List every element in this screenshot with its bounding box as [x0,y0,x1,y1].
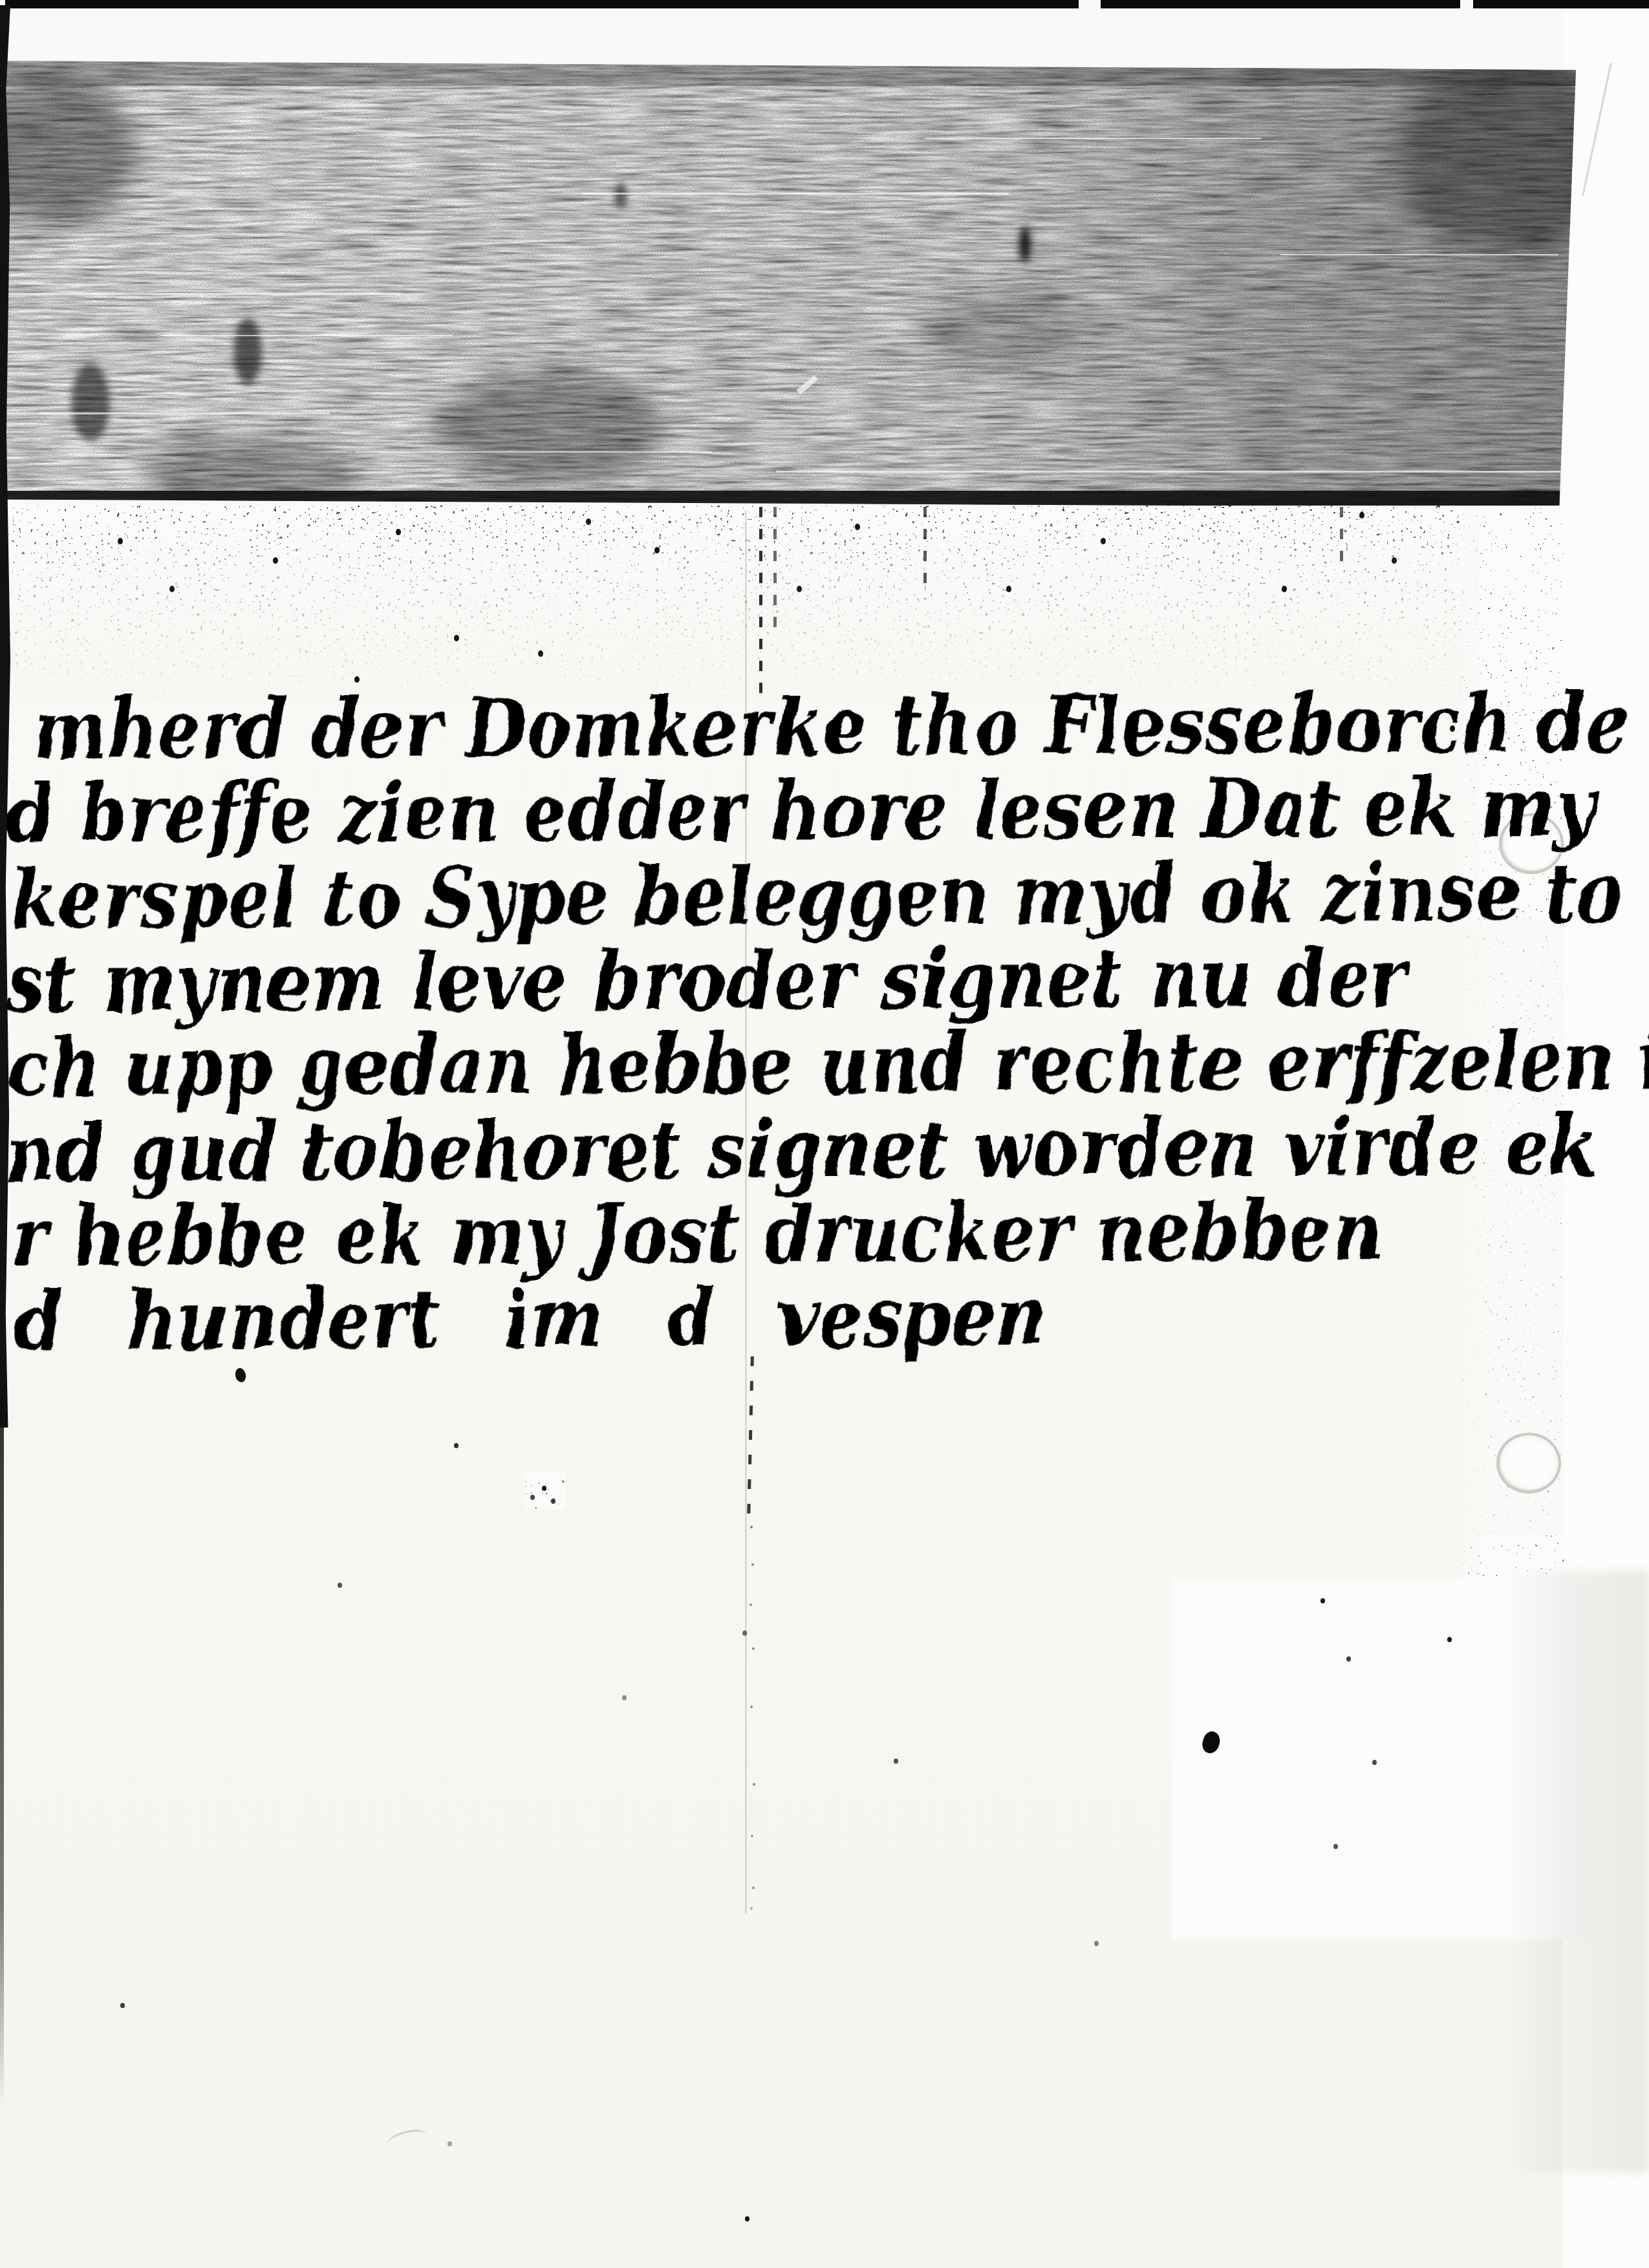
manuscript-text-block: mherd der Domkerke tho Flesseborch de d … [0,0,1649,2268]
manuscript-line: d hundert im d vespen [15,1275,856,1362]
manuscript-line: mherd der Domkerke tho Flesseborch de [34,681,1399,771]
manuscript-line: st mynem leve broder signet nu der [5,935,1408,1025]
scanner-top-edge-gap [1460,0,1473,8]
manuscript-line: r hebbe ek my Jost drucker nebben [12,1189,1344,1279]
manuscript-line: ch upp gedan hebbe und rechte erffzelen … [7,1019,1485,1109]
scanner-top-edge-gap [1079,0,1101,8]
manuscript-line: d breffe zien edder hore lesen Dat ek my [6,765,1536,855]
scanner-top-edge-line [5,0,1649,8]
manuscript-line: nd gud tobehoret signet worden virde ek [5,1104,1506,1195]
scanned-manuscript-page: mherd der Domkerke tho Flesseborch de d … [0,0,1649,2268]
scanner-left-edge-strip-tail [0,1426,4,2108]
manuscript-line: kerspel to Sype beleggen myd ok zinse to [10,850,1563,941]
